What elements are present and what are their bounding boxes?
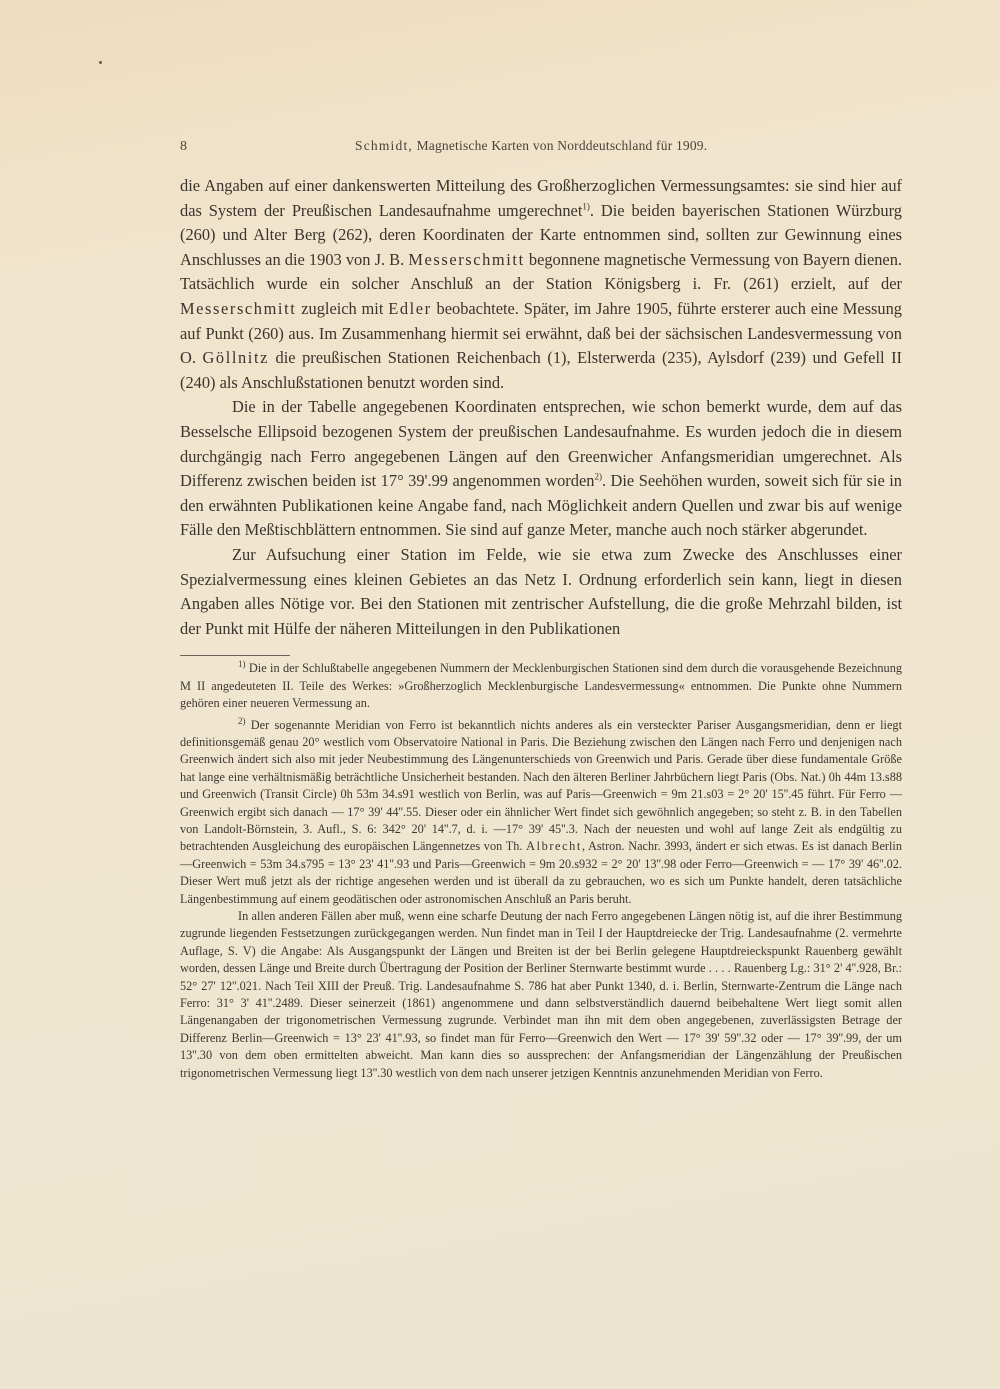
author-name: Schmidt, (355, 138, 413, 153)
paragraph-2: Die in der Tabelle angegebenen Koordinat… (180, 395, 902, 543)
person-name: Göllnitz (202, 348, 269, 367)
footnote-2-continuation: In allen anderen Fällen aber muß, wenn e… (180, 908, 902, 1082)
running-title: Schmidt, Magnetische Karten von Norddeut… (355, 138, 707, 154)
main-text: die Angaben auf einer dankenswerten Mitt… (180, 174, 902, 641)
person-name: Albrecht (526, 839, 582, 853)
footnote-1: 1) Die in der Schlußtabelle angegebenen … (180, 660, 902, 712)
running-header: 8 Schmidt, Magnetische Karten von Nordde… (180, 138, 902, 160)
footnote-marker: 1) (238, 659, 246, 669)
person-name: Messerschmitt (180, 299, 296, 318)
person-name: Edler (388, 299, 432, 318)
footnote-divider (180, 655, 290, 656)
paragraph-3: Zur Aufsuchung einer Station im Felde, w… (180, 543, 902, 641)
paragraph-1: die Angaben auf einer dankenswerten Mitt… (180, 174, 902, 395)
footnote-marker: 2) (238, 715, 246, 725)
paper-speck (99, 61, 102, 64)
footnote-ref-1[interactable]: 1) (582, 201, 590, 211)
document-page: 8 Schmidt, Magnetische Karten von Nordde… (180, 138, 902, 1082)
page-number: 8 (180, 139, 355, 155)
work-title: Magnetische Karten von Norddeutschland f… (417, 138, 708, 153)
footnotes: 1) Die in der Schlußtabelle angegebenen … (180, 660, 902, 1082)
footnote-ref-2[interactable]: 2) (594, 472, 602, 482)
footnote-2: 2) Der sogenannte Meridian von Ferro ist… (180, 717, 902, 908)
person-name: Messerschmitt (408, 250, 524, 269)
